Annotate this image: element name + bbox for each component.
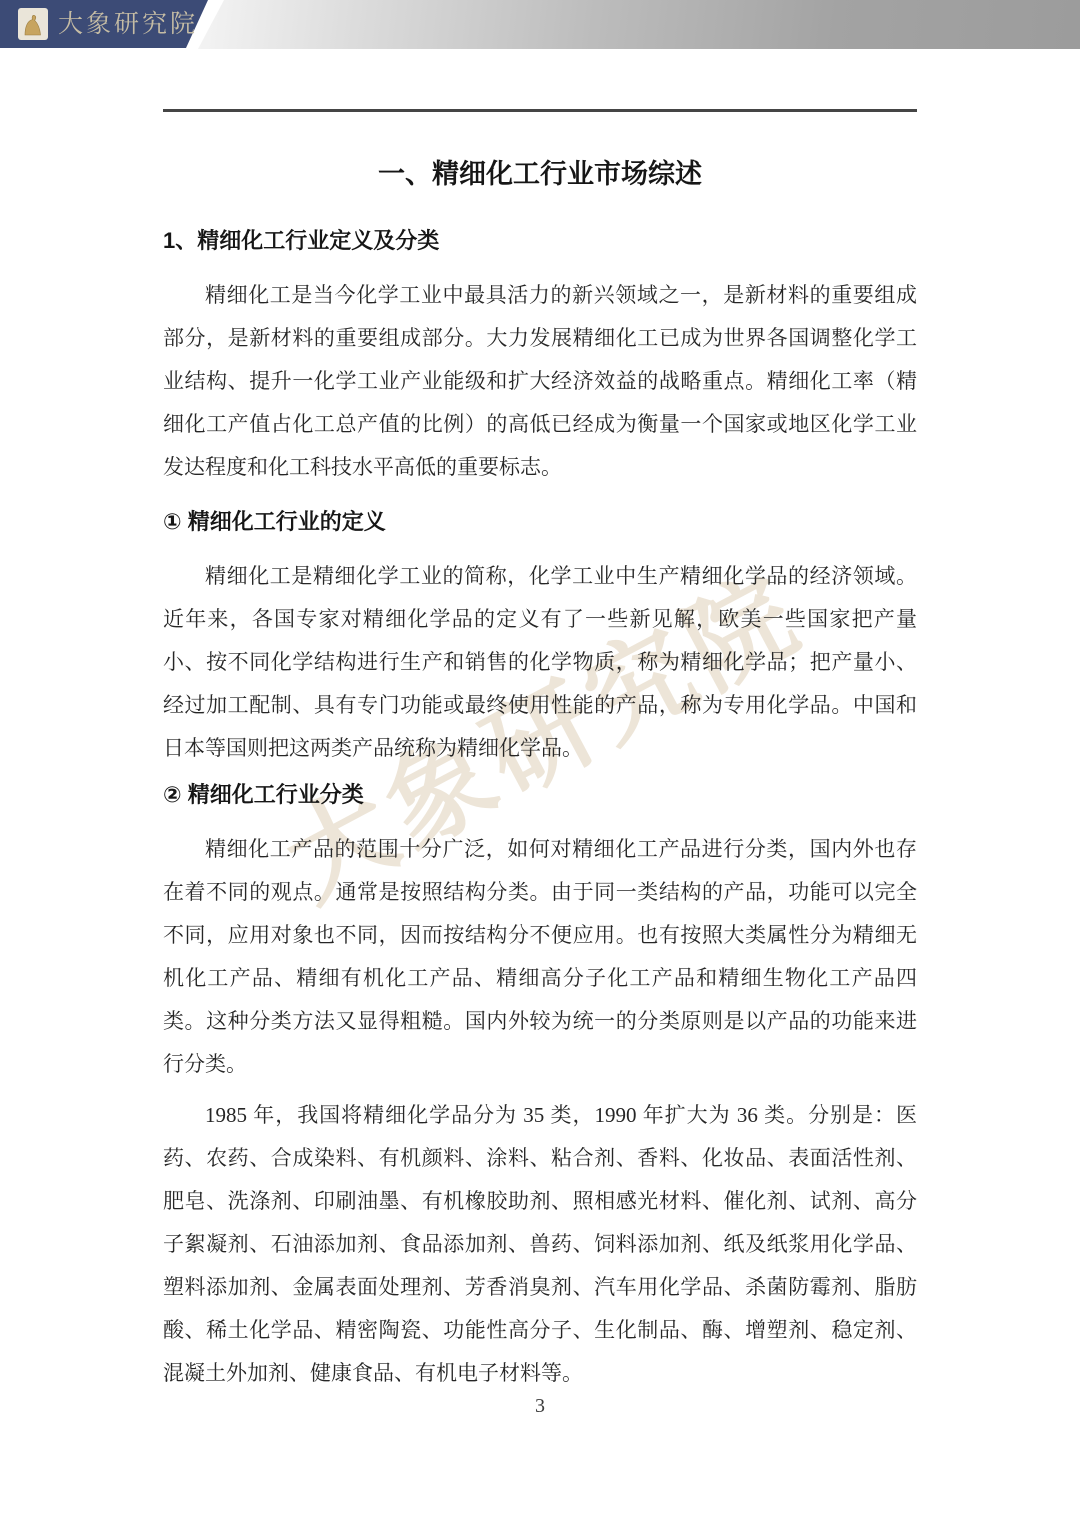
- elephant-logo-icon: [18, 8, 48, 40]
- section-1-heading: 1、精细化工行业定义及分类: [163, 228, 917, 254]
- subsection-1-heading: ① 精细化工行业的定义: [163, 509, 917, 535]
- page-header: 大象研究院: [0, 0, 1080, 50]
- document-body: 一、精细化工行业市场综述 1、精细化工行业定义及分类 精细化工是当今化学工业中最…: [163, 140, 917, 1395]
- document-page: 大象研究院 大象研究院 一、精细化工行业市场综述 1、精细化工行业定义及分类 精…: [0, 0, 1080, 1527]
- intro-paragraph: 精细化工是当今化学工业中最具活力的新兴领域之一，是新材料的重要组成部分，是新材料…: [163, 274, 917, 489]
- subsection-2-paragraph-2: 1985 年，我国将精细化学品分为 35 类，1990 年扩大为 36 类。分别…: [163, 1094, 917, 1395]
- brand-name: 大象研究院: [58, 9, 198, 41]
- subsection-2-paragraph-1: 精细化工产品的范围十分广泛，如何对精细化工产品进行分类，国内外也存在着不同的观点…: [163, 828, 917, 1086]
- chapter-title: 一、精细化工行业市场综述: [163, 156, 917, 192]
- header-gray-band: [198, 0, 1080, 49]
- page-number: 3: [0, 1395, 1080, 1418]
- elephant-icon-glyph: [21, 11, 45, 37]
- header-divider-line: [163, 109, 917, 112]
- subsection-1-paragraph: 精细化工是精细化学工业的简称，化学工业中生产精细化学品的经济领域。近年来，各国专…: [163, 555, 917, 770]
- subsection-2-heading: ② 精细化工行业分类: [163, 782, 917, 808]
